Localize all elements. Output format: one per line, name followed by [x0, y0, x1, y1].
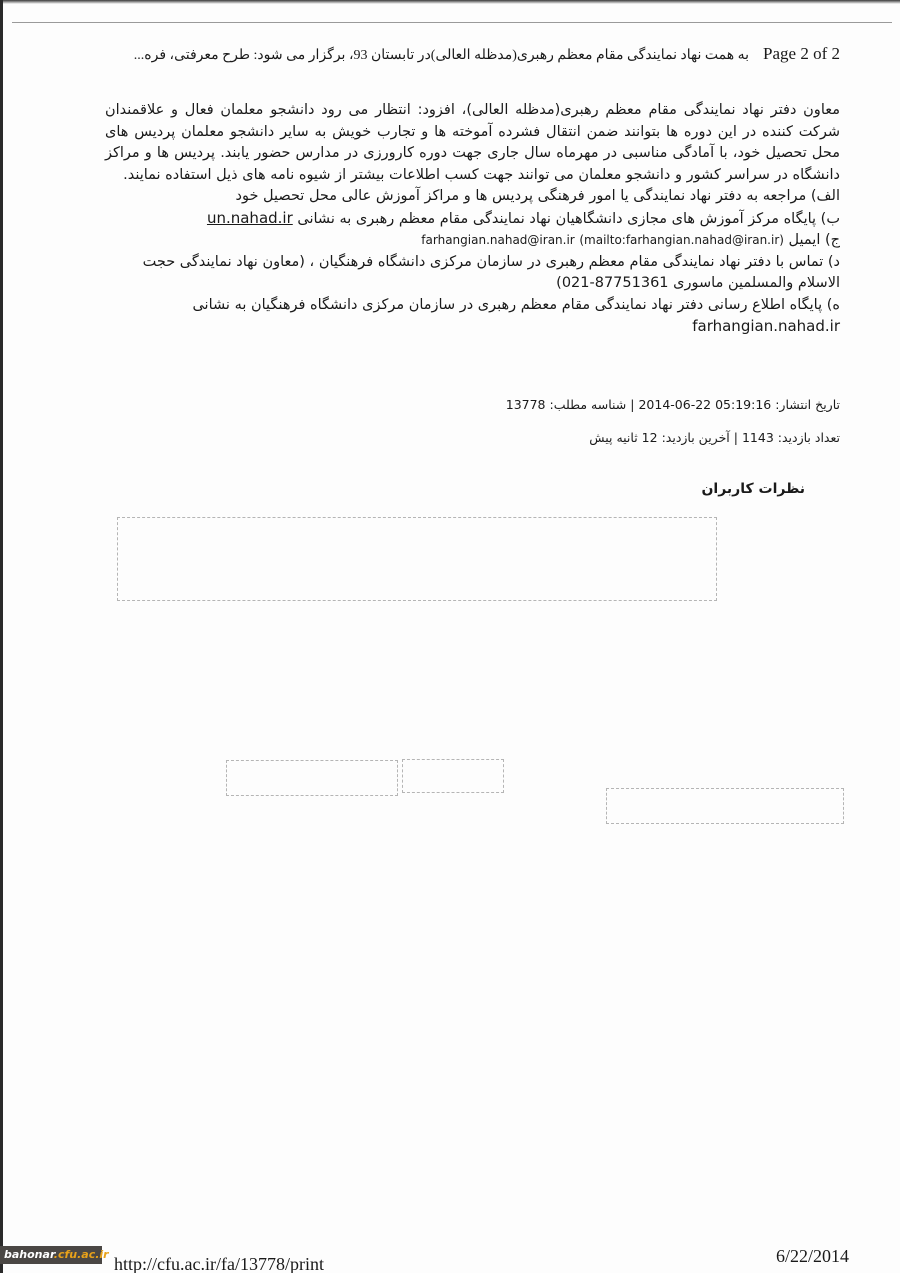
watermark-part1: bahonar	[4, 1248, 54, 1261]
last-visit-value: 12 ثانیه پیش	[589, 430, 657, 445]
last-visit-label: آخرین بازدید:	[662, 430, 730, 445]
article-id-label: شناسه مطلب:	[550, 397, 627, 412]
list-item-text: ج) ایمیل	[784, 232, 840, 248]
article-title: به همت نهاد نمایندگی مقام معظم رهبری(مدظ…	[134, 48, 749, 63]
comments-heading: نظرات کاربران	[701, 481, 805, 497]
scan-edge-left	[0, 0, 3, 1273]
comment-textarea[interactable]	[117, 517, 717, 601]
list-item-text: د) تماس با دفتر نهاد نمایندگی مقام معظم …	[143, 254, 840, 292]
email-mailto: (mailto:farhangian.nahad@iran.ir)	[579, 233, 784, 247]
page-indicator: Page 2 of 2	[763, 44, 840, 63]
article-paragraph: معاون دفتر نهاد نمایندگی مقام معظم رهبری…	[105, 100, 840, 186]
visit-info: تعداد بازدید: 1143 | آخرین بازدید: 12 ثا…	[589, 430, 840, 445]
publish-label: تاریخ انتشار:	[775, 397, 840, 412]
article-body: معاون دفتر نهاد نمایندگی مقام معظم رهبری…	[105, 100, 840, 339]
un-nahad-link[interactable]: un.nahad.ir	[207, 209, 293, 227]
watermark-part2: .cfu.ac.ir	[54, 1248, 109, 1261]
separator: |	[630, 397, 634, 412]
article-id: 13778	[506, 397, 546, 412]
visits-label: تعداد بازدید:	[778, 430, 840, 445]
name-field[interactable]	[226, 760, 398, 796]
publish-date: 2014-06-22 05:19:16	[638, 397, 771, 412]
list-item-text: ب) پایگاه مرکز آموزش های مجازی دانشگاهیا…	[293, 211, 840, 227]
watermark-logo: bahonar.cfu.ac.ir	[0, 1246, 102, 1264]
list-item-dal: د) تماس با دفتر نهاد نمایندگی مقام معظم …	[105, 252, 840, 295]
captcha-field[interactable]	[402, 759, 504, 793]
farhangian-nahad-link[interactable]: farhangian.nahad.ir	[692, 317, 840, 335]
list-item-he: ه) پایگاه اطلاع رسانی دفتر نهاد نمایندگی…	[105, 295, 840, 339]
scan-edge-top	[0, 0, 900, 4]
print-url: http://cfu.ac.ir/fa/13778/print	[114, 1254, 324, 1273]
print-date: 6/22/2014	[776, 1246, 849, 1267]
list-item-jim: ج) ایمیل farhangian.nahad@iran.ir (mailt…	[105, 230, 840, 252]
print-header: Page 2 of 2 به همت نهاد نمایندگی مقام مع…	[100, 44, 840, 70]
email-field[interactable]	[606, 788, 844, 824]
email-address[interactable]: farhangian.nahad@iran.ir	[421, 233, 574, 247]
list-item-alef: الف) مراجعه به دفتر نهاد نمایندگی یا امو…	[105, 186, 840, 208]
list-item-text: الف) مراجعه به دفتر نهاد نمایندگی یا امو…	[236, 188, 841, 204]
header-divider	[12, 22, 892, 23]
list-item-text: ه) پایگاه اطلاع رسانی دفتر نهاد نمایندگی…	[192, 297, 840, 313]
list-item-be: ب) پایگاه مرکز آموزش های مجازی دانشگاهیا…	[105, 208, 840, 231]
visits-count: 1143	[742, 430, 774, 445]
separator: |	[734, 430, 738, 445]
publish-info: تاریخ انتشار: 2014-06-22 05:19:16 | شناس…	[506, 397, 840, 412]
